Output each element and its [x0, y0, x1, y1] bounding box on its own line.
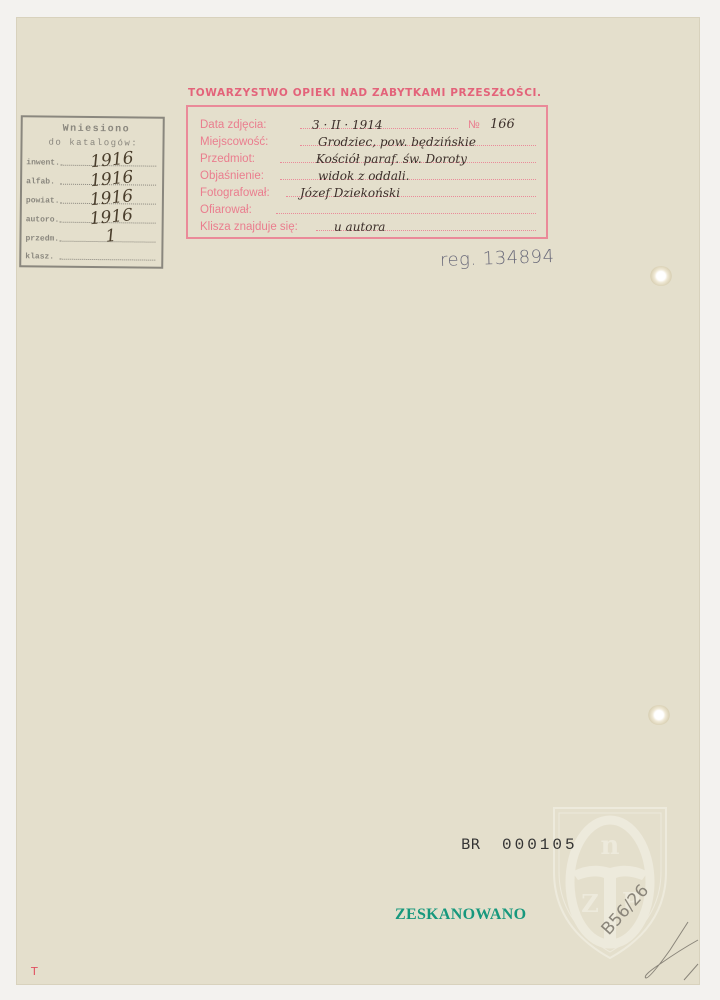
field-negative-location: Klisza znajduje się: u autora — [200, 217, 540, 233]
catalog-heading: Wniesiono — [63, 124, 131, 136]
catalog-row: inwent. 1916 — [26, 151, 156, 170]
registry-note: reg. 134894 — [440, 246, 555, 271]
catalog-row: alfab. 1916 — [26, 170, 156, 189]
catalog-row: klasz. — [25, 245, 155, 264]
number-label: № — [468, 119, 480, 131]
catalog-subheading: do katalogów: — [48, 138, 138, 149]
catalog-stamp: Wniesiono do katalogów: inwent. 1916 alf… — [19, 115, 165, 268]
field-donor: Ofiarował: — [200, 200, 540, 216]
field-date: Data zdjęcia: 3 · II · 1914 № 166 — [200, 115, 540, 131]
inventory-number: 000105 — [502, 836, 578, 854]
corner-mark: T — [31, 965, 38, 978]
field-photographer: Fotografował: Józef Dziekoński — [200, 183, 540, 199]
number-value: 166 — [490, 117, 515, 132]
svg-text:Z: Z — [581, 889, 599, 918]
scanned-stamp: ZESKANOWANO — [395, 906, 526, 924]
record-stamp: Data zdjęcia: 3 · II · 1914 № 166 Miejsc… — [186, 105, 548, 239]
svg-text:n: n — [601, 831, 620, 861]
catalog-row: powiat. 1916 — [26, 189, 156, 208]
field-description: Objaśnienie: widok z oddali. — [200, 166, 540, 182]
punch-hole — [648, 705, 670, 725]
br-prefix: BR — [461, 837, 480, 853]
field-subject: Przedmiot: Kościół paraf. św. Doroty — [200, 149, 540, 165]
punch-hole — [650, 266, 672, 286]
catalog-row: przedm. 1 — [25, 227, 155, 246]
field-location: Miejscowość: Grodziec, pow. będzińskie — [200, 132, 540, 148]
catalog-row: autoro. 1916 — [26, 208, 156, 227]
organization-title: TOWARZYSTWO OPIEKI NAD ZABYTKAMI PRZESZŁ… — [188, 87, 542, 99]
pencil-scribble-icon — [640, 920, 700, 985]
